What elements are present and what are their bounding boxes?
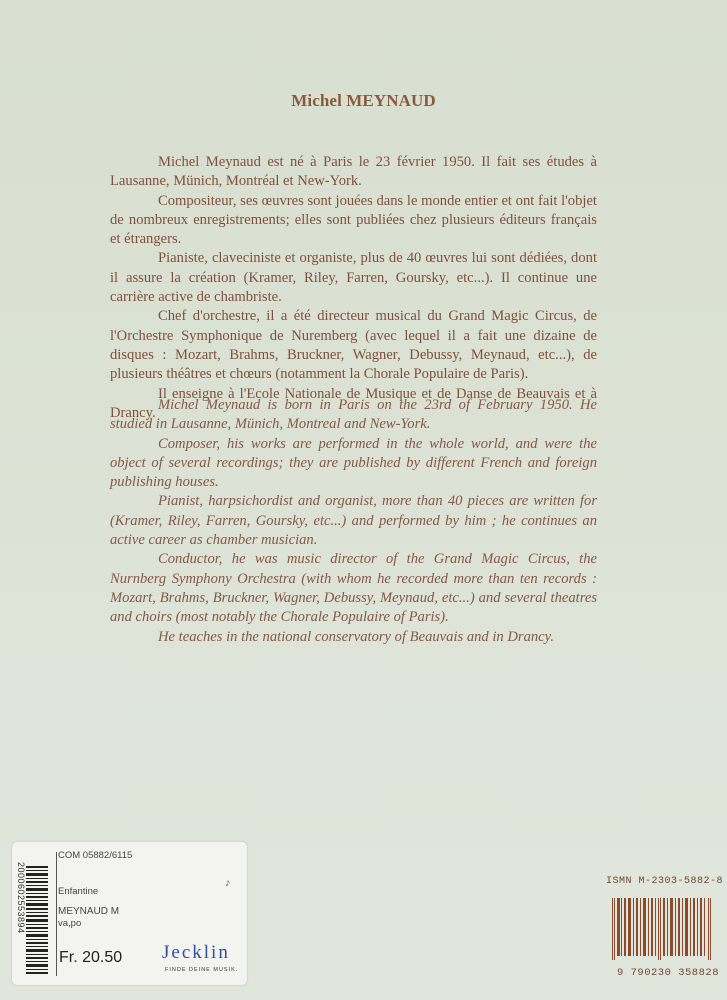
en-paragraph-composer: Composer, his works are performed in the… xyxy=(110,435,597,493)
fr-paragraph-birth: Michel Meynaud est né à Paris le 23 févr… xyxy=(110,153,597,192)
en-paragraph-conductor: Conductor, he was music director of the … xyxy=(110,550,597,627)
ismn-number: ISMN M-2303-5882-8 xyxy=(606,876,723,887)
sticker-barcode-icon xyxy=(26,866,48,976)
ismn-barcode-number: 9 790230 358828 xyxy=(617,967,719,979)
ismn-barcode-icon xyxy=(612,898,712,960)
fr-paragraph-conductor: Chef d'orchestre, il a été directeur mus… xyxy=(110,307,597,384)
french-biography: Michel Meynaud est né à Paris le 23 févr… xyxy=(110,153,597,423)
sticker-instrumentation: va,po xyxy=(58,918,81,929)
sticker-catalog-code: COM 05882/6115 xyxy=(58,850,132,861)
fr-paragraph-composer: Compositeur, ses œuvres sont jouées dans… xyxy=(110,192,597,250)
page-title: Michel MEYNAUD xyxy=(0,91,727,111)
fr-paragraph-pianist: Pianiste, claveciniste et organiste, plu… xyxy=(110,249,597,307)
jecklin-slogan: FINDE DEINE MUSIK. xyxy=(165,967,238,973)
music-note-icon: ♪ xyxy=(225,877,231,889)
en-paragraph-teaching: He teaches in the national conservatory … xyxy=(110,628,597,647)
sticker-barcode-number: 2000602553894 xyxy=(14,862,26,976)
english-biography: Michel Meynaud is born in Paris on the 2… xyxy=(110,396,597,647)
sticker-divider xyxy=(56,852,57,976)
jecklin-logo: Jecklin xyxy=(162,942,230,964)
en-paragraph-pianist: Pianist, harpsichordist and organist, mo… xyxy=(110,492,597,550)
price-sticker: 2000602553894 COM 05882/6115 ♪ Enfantine… xyxy=(12,842,247,985)
sticker-work-title: Enfantine xyxy=(58,886,98,897)
sticker-price: Fr. 20.50 xyxy=(59,949,122,967)
en-paragraph-birth: Michel Meynaud is born in Paris on the 2… xyxy=(110,396,597,435)
sticker-composer: MEYNAUD M xyxy=(58,906,119,917)
